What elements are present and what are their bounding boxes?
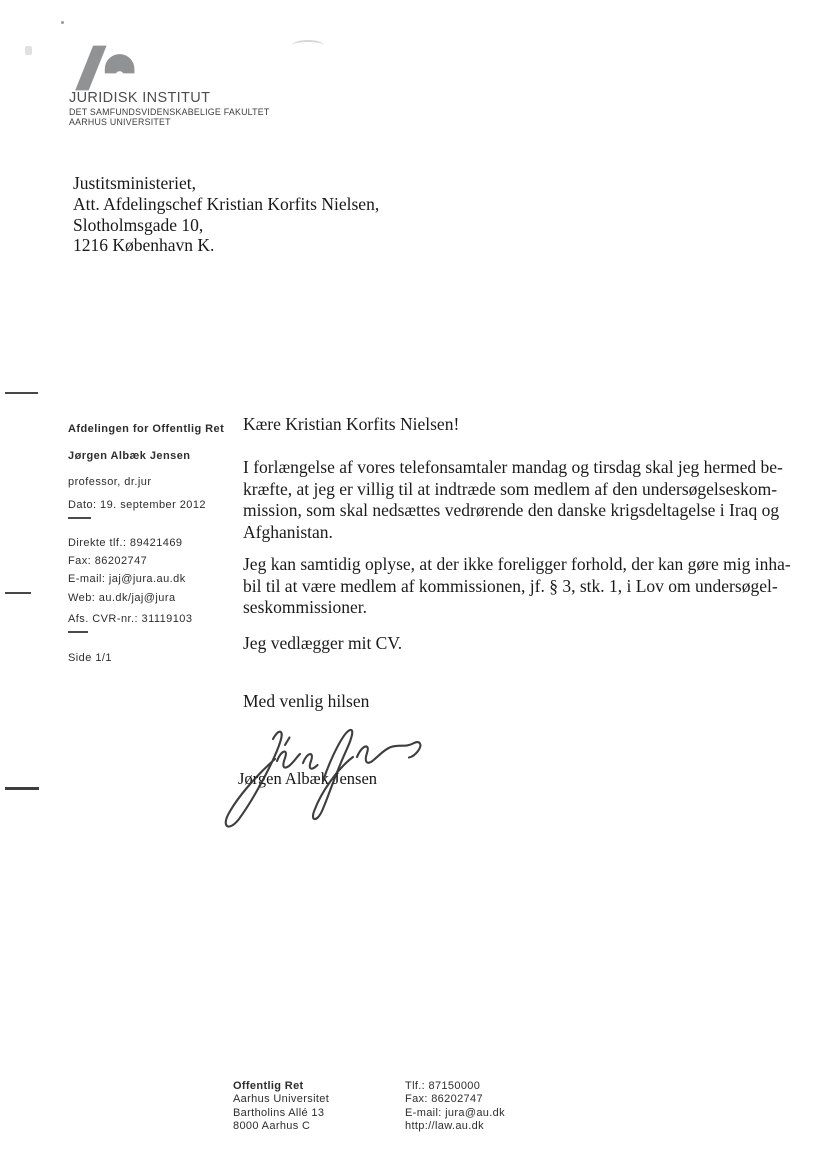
footer-phone: Tlf.: 87150000: [405, 1080, 505, 1093]
sidebar-web: Web: au.dk/jaj@jura: [68, 589, 176, 607]
university-title: AARHUS UNIVERSITET: [69, 117, 171, 127]
footer-contact-block: Tlf.: 87150000 Fax: 86202747 E-mail: jur…: [405, 1080, 505, 1133]
sidebar-sender-name: Jørgen Albæk Jensen: [68, 447, 190, 465]
recipient-address: Justitsministeriet, Att. Afdelingschef K…: [73, 173, 379, 256]
footer-email: E-mail: jura@au.dk: [405, 1107, 505, 1120]
footer-address-block: Offentlig Ret Aarhus Universitet Barthol…: [233, 1080, 329, 1133]
sidebar-email: E-mail: jaj@jura.au.dk: [68, 570, 186, 588]
sidebar-cvr: Afs. CVR-nr.: 31119103: [68, 610, 192, 628]
recipient-line: Slotholmsgade 10,: [73, 215, 379, 236]
footer-city: 8000 Aarhus C: [233, 1120, 329, 1133]
recipient-line: 1216 København K.: [73, 235, 379, 256]
sidebar-page-number: Side 1/1: [68, 649, 112, 667]
sidebar-department: Afdelingen for Offentlig Ret: [68, 420, 224, 438]
scan-arc-artifact: [292, 40, 324, 51]
au-logo-icon: [68, 45, 138, 91]
fold-mark: [5, 592, 31, 594]
scan-dot-artifact: [61, 21, 64, 24]
faculty-title: DET SAMFUNDSVIDENSKABELIGE FAKULTET: [69, 107, 270, 117]
sidebar-fax: Fax: 86202747: [68, 552, 147, 570]
scan-smudge-artifact: [25, 46, 32, 55]
paragraph-1: I forlængelse af vores telefonsamtaler m…: [243, 457, 803, 543]
sidebar-divider: [68, 517, 91, 519]
sidebar-date: Dato: 19. september 2012: [68, 496, 206, 514]
institute-title: JURIDISK INSTITUT: [69, 90, 210, 106]
paragraph-2: Jeg kan samtidig oplyse, at der ikke for…: [243, 554, 803, 619]
fold-mark: [5, 787, 39, 790]
handwritten-signature: [215, 719, 427, 835]
sidebar-sender-title: professor, dr.jur: [68, 473, 151, 491]
footer-street: Bartholins Allé 13: [233, 1107, 329, 1120]
footer-department: Offentlig Ret: [233, 1080, 329, 1093]
recipient-line: Att. Afdelingschef Kristian Korfits Niel…: [73, 194, 379, 215]
letter-page: JURIDISK INSTITUT DET SAMFUNDSVIDENSKABE…: [0, 0, 826, 1169]
closing-phrase: Med venlig hilsen: [243, 691, 803, 713]
recipient-line: Justitsministeriet,: [73, 173, 379, 194]
fold-mark: [5, 392, 38, 394]
paragraph-3: Jeg vedlægger mit CV.: [243, 633, 803, 655]
sidebar-divider: [68, 631, 88, 633]
footer-university: Aarhus Universitet: [233, 1093, 329, 1106]
salutation: Kære Kristian Korfits Nielsen!: [243, 414, 803, 436]
sidebar-phone: Direkte tlf.: 89421469: [68, 534, 182, 552]
footer-fax: Fax: 86202747: [405, 1093, 505, 1106]
footer-web: http://law.au.dk: [405, 1120, 505, 1133]
